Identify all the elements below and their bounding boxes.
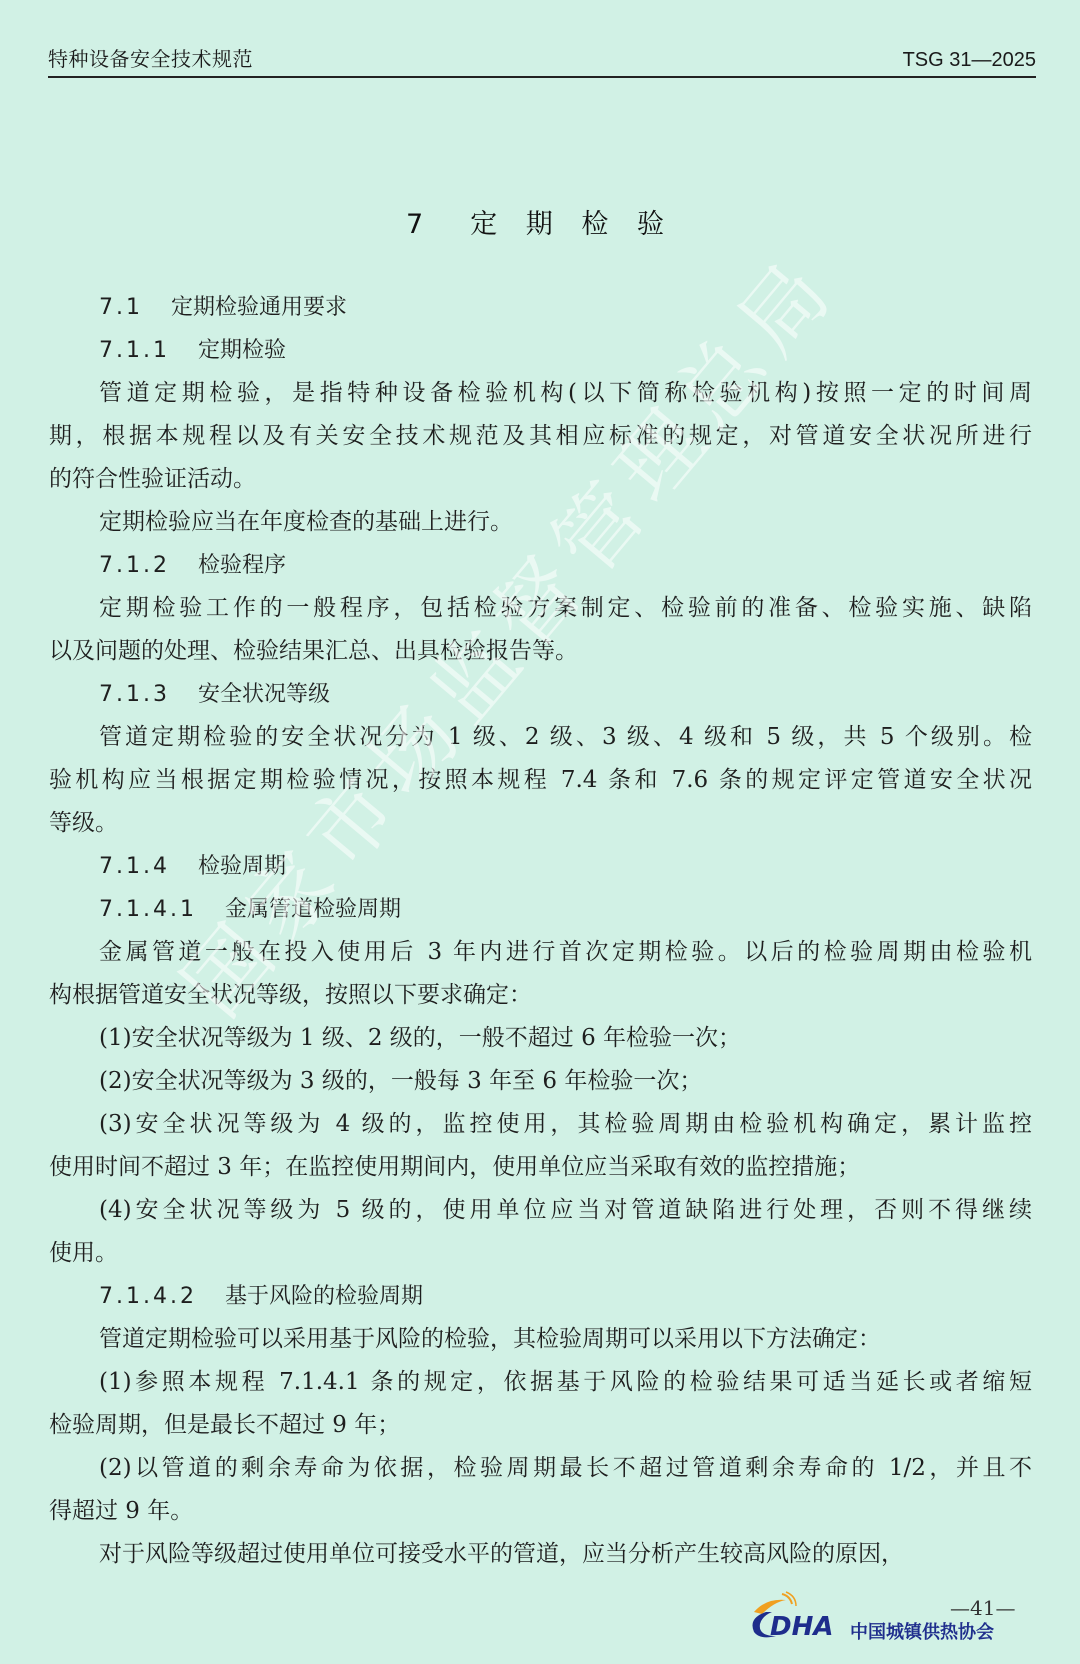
paragraph-line: 以及问题的处理、检验结果汇总、出具检验报告等。 <box>49 630 1032 673</box>
section-title: 检验周期 <box>198 854 286 879</box>
paragraph-line: 定期检验应当在年度检查的基础上进行。 <box>49 501 1032 544</box>
section-title: 定期检验 <box>198 338 286 363</box>
section-number: 7.1.4 <box>99 845 170 888</box>
section-title: 检验程序 <box>198 553 286 578</box>
paragraph-line: 得超过 9 年。 <box>49 1490 1032 1533</box>
section-heading: 7.1.3安全状况等级 <box>49 673 1032 716</box>
section-number: 7.1.2 <box>99 544 170 587</box>
paragraph-line: 管道定期检验的安全状况分为 1 级、2 级、3 级、4 级和 5 级，共 5 个… <box>49 716 1032 759</box>
section-heading: 7.1.4.2基于风险的检验周期 <box>49 1275 1032 1318</box>
paragraph-line: 管道定期检验，是指特种设备检验机构(以下简称检验机构)按照一定的时间周 <box>49 372 1032 415</box>
section-heading: 7.1.2检验程序 <box>49 544 1032 587</box>
section-number: 7.1.4.1 <box>99 888 197 931</box>
section-heading: 7.1.4检验周期 <box>49 845 1032 888</box>
paragraph-line: (4)安全状况等级为 5 级的，使用单位应当对管道缺陷进行处理，否则不得继续 <box>49 1189 1032 1232</box>
paragraph-line: 对于风险等级超过使用单位可接受水平的管道，应当分析产生较高风险的原因， <box>49 1533 1032 1576</box>
header-standard-code: TSG 31—2025 <box>903 49 1036 72</box>
section-number: 7.1.3 <box>99 673 170 716</box>
section-number: 7.1.4.2 <box>99 1275 197 1318</box>
paragraph-line: 管道定期检验可以采用基于风险的检验，其检验周期可以采用以下方法确定： <box>49 1318 1032 1361</box>
paragraph-line: 期，根据本规程以及有关安全技术规范及其相应标准的规定，对管道安全状况所进行 <box>49 415 1032 458</box>
paragraph-line: 等级。 <box>49 802 1032 845</box>
section-title: 安全状况等级 <box>198 682 330 707</box>
logo-organization-name: 中国城镇供热协会 <box>850 1618 994 1644</box>
paragraph-line: 使用。 <box>49 1232 1032 1275</box>
paragraph-line: (1)安全状况等级为 1 级、2 级的，一般不超过 6 年检验一次； <box>49 1017 1032 1060</box>
paragraph-line: 定期检验工作的一般程序，包括检验方案制定、检验前的准备、检验实施、缺陷 <box>49 587 1032 630</box>
section-title: 基于风险的检验周期 <box>225 1284 423 1309</box>
header-standard-category: 特种设备安全技术规范 <box>48 43 253 72</box>
paragraph-line: (2)安全状况等级为 3 级的，一般每 3 年至 6 年检验一次； <box>49 1060 1032 1103</box>
paragraph-line: 检验周期，但是最长不超过 9 年； <box>49 1404 1032 1447</box>
paragraph-line: 金属管道一般在投入使用后 3 年内进行首次定期检验。以后的检验周期由检验机 <box>49 931 1032 974</box>
paragraph-line: 的符合性验证活动。 <box>49 458 1032 501</box>
section-title: 定期检验通用要求 <box>171 295 347 320</box>
chapter-title: 7 定 期 检 验 <box>0 202 1080 241</box>
paragraph-line: (3)安全状况等级为 4 级的，监控使用，其检验周期由检验机构确定，累计监控 <box>49 1103 1032 1146</box>
section-title: 金属管道检验周期 <box>225 897 401 922</box>
section-heading: 7.1定期检验通用要求 <box>49 286 1032 329</box>
paragraph-line: (2)以管道的剩余寿命为依据，检验周期最长不超过管道剩余寿命的 1/2，并且不 <box>49 1447 1032 1490</box>
section-heading: 7.1.4.1金属管道检验周期 <box>49 888 1032 931</box>
paragraph-line: 验机构应当根据定期检验情况，按照本规程 7.4 条和 7.6 条的规定评定管道安… <box>49 759 1032 802</box>
paragraph-line: 构根据管道安全状况等级，按照以下要求确定： <box>49 974 1032 1017</box>
document-body: 7.1定期检验通用要求7.1.1定期检验管道定期检验，是指特种设备检验机构(以下… <box>49 286 1032 1576</box>
section-number: 7.1.1 <box>99 329 170 372</box>
page-number: —41— <box>950 1596 1015 1620</box>
logo-abbreviation: DHA <box>770 1612 833 1642</box>
paragraph-line: (1)参照本规程 7.1.4.1 条的规定，依据基于风险的检验结果可适当延长或者… <box>49 1361 1032 1404</box>
paragraph-line: 使用时间不超过 3 年；在监控使用期间内，使用单位应当采取有效的监控措施； <box>49 1146 1032 1189</box>
running-header: 特种设备安全技术规范 TSG 31—2025 <box>48 40 1036 78</box>
section-heading: 7.1.1定期检验 <box>49 329 1032 372</box>
section-number: 7.1 <box>99 286 143 329</box>
